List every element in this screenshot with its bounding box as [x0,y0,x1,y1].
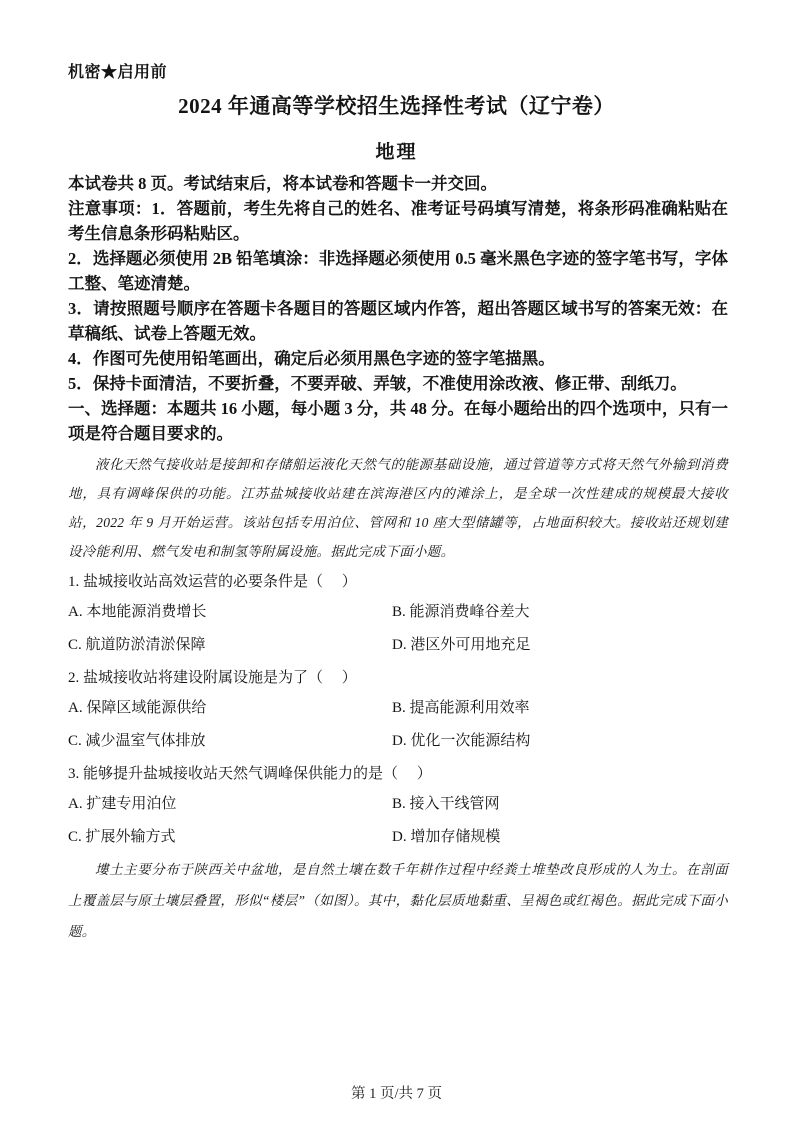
question-stem: 3. 能够提升盐城接收站天然气调峰保供能力的是（ ） [68,764,728,784]
option-row: A. 保障区域能源供给B. 提高能源利用效率 [68,698,728,718]
notice-paragraph: 5．保持卡面清洁，不要折叠，不要弄破、弄皱，不准使用涂改液、修正带、刮纸刀。 [68,371,728,396]
option-A: A. 本地能源消费增长 [68,602,392,622]
option-D: D. 增加存储规模 [392,827,728,847]
option-row: A. 本地能源消费增长B. 能源消费峰谷差大 [68,602,728,622]
questions-section: 1. 盐城接收站高效运营的必要条件是（ ）A. 本地能源消费增长B. 能源消费峰… [68,572,728,860]
option-row: A. 扩建专用泊位B. 接入干线管网 [68,794,728,814]
confidential-label: 机密★启用前 [68,59,167,82]
option-C: C. 减少温室气体排放 [68,731,392,751]
passage-lng-terminal: 液化天然气接收站是接卸和存储船运液化天然气的能源基础设施，通过管道等方式将天然气… [68,450,728,566]
subject-title: 地理 [0,137,793,164]
option-D: D. 港区外可用地充足 [392,635,728,655]
passage-lou-soil: 塿土主要分布于陕西关中盆地，是自然土壤在数千年耕作过程中经粪土堆垫改良形成的人为… [68,854,728,947]
notice-paragraph: 3．请按照题号顺序在答题卡各题目的答题区域内作答，超出答题区域书写的答案无效：在… [68,296,728,346]
option-C: C. 扩展外输方式 [68,827,392,847]
notice-paragraph: 注意事项：1．答题前，考生先将自己的姓名、准考证号码填写清楚，将条形码准确粘贴在… [68,196,728,246]
option-D: D. 优化一次能源结构 [392,731,728,751]
option-B: B. 能源消费峰谷差大 [392,602,728,622]
option-C: C. 航道防淤清淤保障 [68,635,392,655]
option-row: C. 减少温室气体排放D. 优化一次能源结构 [68,731,728,751]
notice-paragraph: 一、选择题：本题共 16 小题，每小题 3 分，共 48 分。在每小题给出的四个… [68,396,728,446]
option-row: C. 航道防淤清淤保障D. 港区外可用地充足 [68,635,728,655]
question-stem: 2. 盐城接收站将建设附属设施是为了（ ） [68,668,728,688]
page-title: 2024 年通高等学校招生选择性考试（辽宁卷） [0,90,793,120]
exam-notice: 本试卷共 8 页。考试结束后，将本试卷和答题卡一并交回。注意事项：1．答题前，考… [68,171,728,446]
question-1: 1. 盐城接收站高效运营的必要条件是（ ）A. 本地能源消费增长B. 能源消费峰… [68,572,728,655]
page-number: 第 1 页/共 7 页 [0,1082,793,1103]
option-A: A. 保障区域能源供给 [68,698,392,718]
option-row: C. 扩展外输方式D. 增加存储规模 [68,827,728,847]
question-stem: 1. 盐城接收站高效运营的必要条件是（ ） [68,572,728,592]
notice-paragraph: 2．选择题必须使用 2B 铅笔填涂：非选择题必须使用 0.5 毫米黑色字迹的签字… [68,246,728,296]
option-B: B. 提高能源利用效率 [392,698,728,718]
question-2: 2. 盐城接收站将建设附属设施是为了（ ）A. 保障区域能源供给B. 提高能源利… [68,668,728,751]
notice-paragraph: 本试卷共 8 页。考试结束后，将本试卷和答题卡一并交回。 [68,171,728,196]
option-A: A. 扩建专用泊位 [68,794,392,814]
question-3: 3. 能够提升盐城接收站天然气调峰保供能力的是（ ）A. 扩建专用泊位B. 接入… [68,764,728,847]
option-B: B. 接入干线管网 [392,794,728,814]
notice-paragraph: 4．作图可先使用铅笔画出，确定后必须用黑色字迹的签字笔描黑。 [68,346,728,371]
exam-page: 机密★启用前 2024 年通高等学校招生选择性考试（辽宁卷） 地理 本试卷共 8… [0,0,793,1122]
